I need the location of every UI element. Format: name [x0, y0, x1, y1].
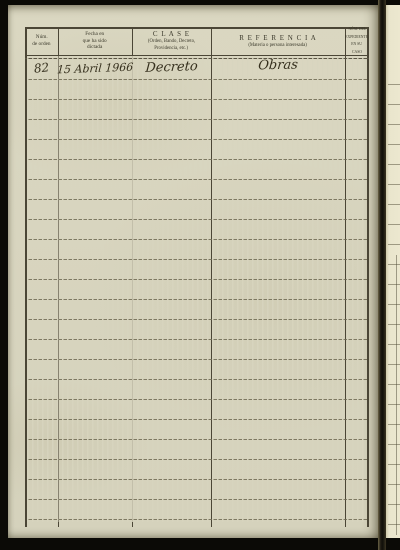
- header-subtitle: (Materia o persona interesada): [249, 42, 308, 48]
- header-subtitle: Providencia, etc.): [155, 46, 189, 52]
- header-text: Núm.: [36, 35, 48, 41]
- ruled-rows: [27, 56, 367, 522]
- column-header-expediente: NÚM. DEL EXPEDIENTE, EN SU CASO: [345, 27, 369, 55]
- next-page-column-line: [396, 255, 397, 535]
- entry-fecha: 15 Abril 1966: [57, 61, 134, 77]
- entry-referencia: Obras: [210, 57, 345, 74]
- header-text: de orden: [32, 41, 50, 47]
- header-text: dictada: [87, 45, 102, 51]
- header-text: CASO: [352, 50, 362, 55]
- header-title: C L A S E: [153, 30, 190, 38]
- next-page-edge: [386, 5, 400, 538]
- header-subtitle: (Orden, Bando, Decreto,: [148, 39, 195, 45]
- table-header-row: Núm. de orden Fecha en que ha sido dicta…: [25, 27, 369, 56]
- registry-table: Núm. de orden Fecha en que ha sido dicta…: [25, 27, 369, 527]
- entry-clase: Decreto: [131, 59, 211, 77]
- column-header-num-orden: Núm. de orden: [25, 27, 58, 55]
- header-text: EXPEDIENTE,: [345, 35, 369, 40]
- column-header-fecha: Fecha en que ha sido dictada: [58, 27, 132, 55]
- header-text: Fecha en: [86, 31, 105, 37]
- table-right-border: [367, 27, 369, 527]
- column-header-clase: C L A S E (Orden, Bando, Decreto, Provid…: [132, 27, 211, 55]
- scanned-ledger: Núm. de orden Fecha en que ha sido dicta…: [0, 0, 400, 550]
- book-gutter: [378, 0, 386, 550]
- header-text: NÚM. DEL: [348, 27, 366, 32]
- column-header-referencia: R E F E R E N C I A (Materia o persona i…: [211, 27, 345, 55]
- header-title: R E F E R E N C I A: [239, 34, 317, 42]
- next-page-rule-lines: [388, 65, 400, 525]
- header-text: EN SU: [352, 42, 363, 47]
- ledger-page: Núm. de orden Fecha en que ha sido dicta…: [8, 5, 378, 538]
- header-text: que ha sido: [83, 38, 107, 44]
